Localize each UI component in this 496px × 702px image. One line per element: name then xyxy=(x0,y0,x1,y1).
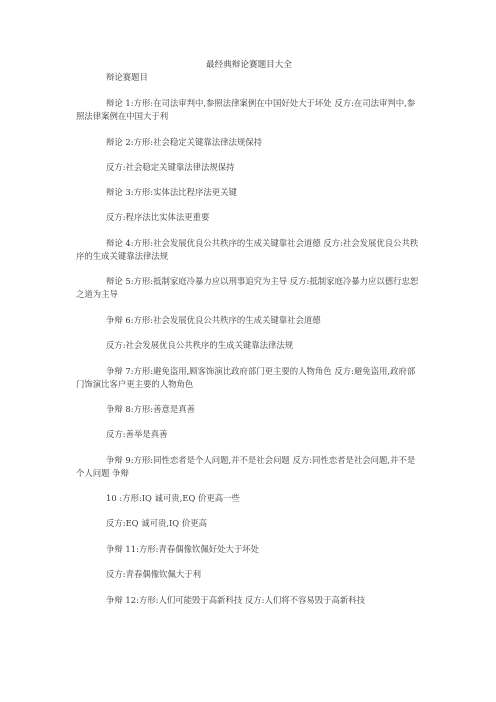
paragraph-debate-11-con: 反方:青春偶像钦佩大于利 xyxy=(76,568,422,581)
paragraph-debate-10: 10 :方形:IQ 诚可贵,EQ 价更高一些 xyxy=(76,492,422,505)
document-title: 最经典辩论赛题目大全 xyxy=(76,59,422,71)
paragraph-debate-11: 争辩 11:方形:青春偶像钦佩好处大于坏处 xyxy=(76,543,422,556)
paragraph-debate-1: 辩论 1:方形:在司法审判中,参照法律案例在中国好处大于坏处 反方:在司法审判中… xyxy=(76,97,422,123)
paragraph-debate-8: 争辩 8:方形:善意是真善 xyxy=(76,403,422,416)
paragraph-debate-6-con: 反方:社会发展优良公共秩序的生成关键靠法律法规 xyxy=(76,339,422,352)
paragraph-debate-3-con: 反方:程序法比实体法更重要 xyxy=(76,211,422,224)
paragraph-debate-2-con: 反方:社会稳定关键靠法律法规保持 xyxy=(76,161,422,174)
paragraph-heading: 辩论赛题目 xyxy=(76,71,422,84)
paragraph-debate-12: 争辩 12:方形:人们可能毁于高新科技 反方:人们将不容易毁于高新科技 xyxy=(76,594,422,607)
paragraph-debate-8-con: 反方:善举是真善 xyxy=(76,428,422,441)
paragraph-debate-9: 争辩 9:方形:同性恋者是个人问题,并不是社会问题 反方:同性恋者是社会问题,并… xyxy=(76,454,422,480)
paragraph-debate-2: 辩论 2:方形:社会稳定关键靠法律法规保持 xyxy=(76,136,422,149)
paragraph-debate-10-con: 反方:EQ 诚可贵,IQ 价更高 xyxy=(76,517,422,530)
paragraph-debate-6: 争辩 6:方形:社会发展优良公共秩序的生成关键靠社会道德 xyxy=(76,314,422,327)
paragraph-debate-7: 争辩 7:方形:避免盗用,顾客饰演比政府部门更主要的人物角色 反方:避免盗用,政… xyxy=(76,365,422,391)
paragraph-debate-5: 辩论 5:方形:抵制家庭冷暴力应以刑事追究为主导 反方:抵制家庭冷暴力应以德行忠… xyxy=(76,275,422,301)
paragraph-debate-4: 辩论 4:方形:社会发展优良公共秩序的生成关键靠社会道德 反方:社会发展优良公共… xyxy=(76,237,422,263)
paragraph-debate-3: 辩论 3:方形:实体法比程序法更关键 xyxy=(76,186,422,199)
